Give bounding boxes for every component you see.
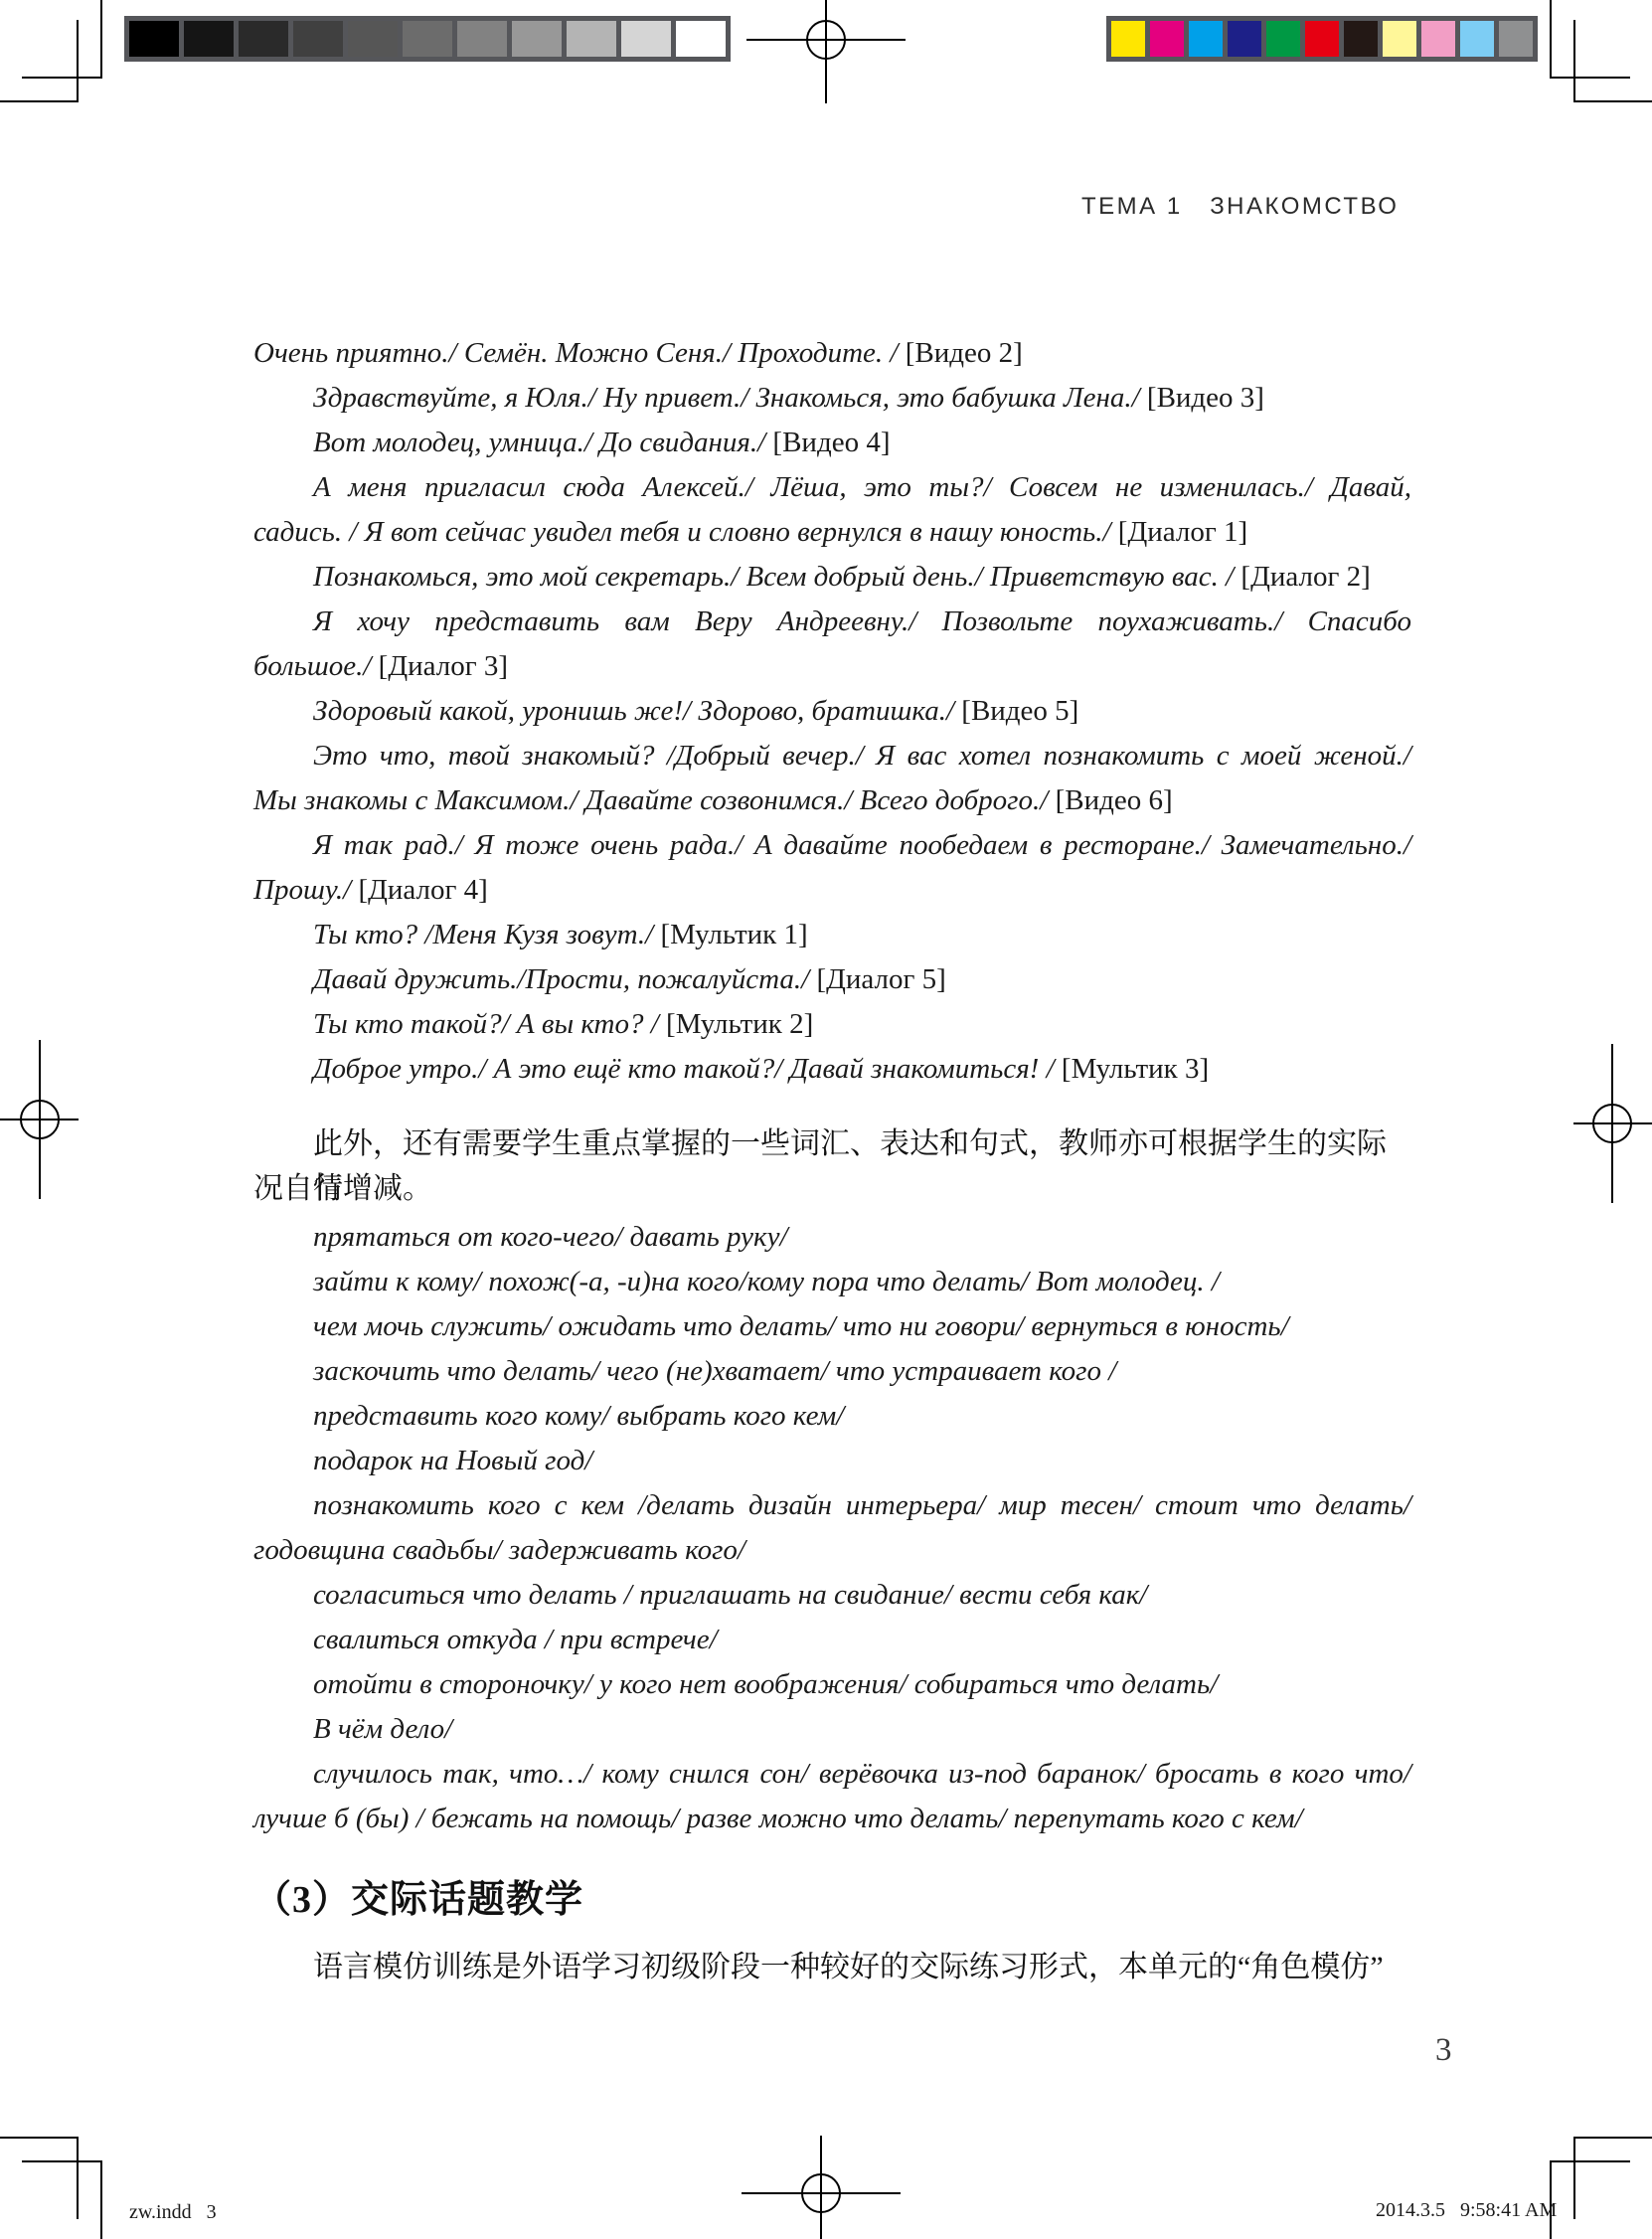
paragraph-line: 况自行增减。	[253, 1166, 1411, 1211]
color-patch	[1228, 21, 1261, 57]
bracket-tag: [Видео 2]	[906, 337, 1023, 369]
color-patch	[1421, 21, 1455, 57]
color-patch	[512, 21, 562, 57]
text-line: Мы знакомы с Максимом./ Давайте созвоним…	[253, 778, 1411, 823]
line-text: Познакомься, это мой секретарь./ Всем до…	[313, 561, 1234, 593]
text-line: садись. / Я вот сейчас увидел тебя и сло…	[253, 510, 1411, 555]
text-line: Я так рад./ Я тоже очень рада./ А давайт…	[253, 823, 1411, 868]
color-patch	[129, 21, 179, 57]
slug-filename: zw.indd 3	[129, 2201, 217, 2224]
section-heading: （3）交际话题教学	[253, 1869, 1411, 1931]
russian-vocabulary-lines: прятаться от кого-чего/ давать руку/зайт…	[253, 1215, 1411, 1841]
book-page: ТЕМА 1 ЗНАКОМСТВО Очень приятно./ Семён.…	[0, 0, 1652, 2239]
bracket-tag: [Видео 3]	[1147, 382, 1264, 414]
color-patch	[1150, 21, 1184, 57]
bracket-tag: [Видео 4]	[772, 427, 890, 458]
line-text: Давай дружить./Прости, пожалуйста./	[313, 963, 809, 995]
text-line: лучше б (бы) / бежать на помощь/ разве м…	[253, 1797, 1411, 1841]
line-text: Здоровый какой, уронишь же!/ Здорово, бр…	[313, 695, 954, 727]
bracket-tag: [Диалог 2]	[1240, 561, 1370, 593]
chinese-paragraph-2: 语言模仿训练是外语学习初级阶段一种较好的交际练习形式，本单元的“角色模仿”	[253, 1945, 1411, 1989]
text-line: годовщина свадьбы/ задерживать кого/	[253, 1528, 1411, 1573]
line-text: лучше б (бы) / бежать на помощь/ разве м…	[253, 1803, 1303, 1834]
paragraph-line: 此外，还有需要学生重点掌握的一些词汇、表达和句式，教师亦可根据学生的实际情	[253, 1121, 1411, 1166]
color-patch	[1266, 21, 1300, 57]
bracket-tag: [Диалог 3]	[379, 650, 508, 682]
line-text: Здравствуйте, я Юля./ Ну привет./ Знаком…	[313, 382, 1140, 414]
text-line: Здоровый какой, уронишь же!/ Здорово, бр…	[253, 689, 1411, 734]
color-patch	[1499, 21, 1533, 57]
line-text: Я хочу представить вам Веру Андреевну./ …	[313, 605, 1411, 637]
text-line: чем мочь служить/ ожидать что делать/ чт…	[253, 1304, 1411, 1349]
color-patch	[293, 21, 343, 57]
bracket-tag: [Диалог 4]	[358, 874, 487, 906]
text-line: Здравствуйте, я Юля./ Ну привет./ Знаком…	[253, 376, 1411, 421]
text-line: зайти к кому/ похож(-а, -и)на кого/кому …	[253, 1260, 1411, 1304]
text-line: Прошу./ [Диалог 4]	[253, 868, 1411, 913]
russian-dialogue-lines: Очень приятно./ Семён. Можно Сеня./ Прох…	[253, 331, 1411, 1092]
color-patch	[403, 21, 452, 57]
line-text: Доброе утро./ А это ещё кто такой?/ Дава…	[313, 1053, 1055, 1085]
grayscale-calibration-bar	[124, 16, 731, 62]
line-text: Мы знакомы с Максимом./ Давайте созвоним…	[253, 784, 1048, 816]
color-patch	[1189, 21, 1223, 57]
text-line: Давай дружить./Прости, пожалуйста./ [Диа…	[253, 957, 1411, 1002]
text-line: Познакомься, это мой секретарь./ Всем до…	[253, 555, 1411, 600]
line-text: прятаться от кого-чего/ давать руку/	[313, 1221, 788, 1253]
line-text: В чём дело/	[313, 1713, 452, 1745]
line-text: садись. / Я вот сейчас увидел тебя и сло…	[253, 516, 1111, 548]
color-patch	[1383, 21, 1416, 57]
color-patch	[1460, 21, 1494, 57]
text-line: представить кого кому/ выбрать кого кем/	[253, 1394, 1411, 1439]
text-line: отойти в стороночку/ у кого нет воображе…	[253, 1662, 1411, 1707]
line-text: Вот молодец, умница./ До свидания./	[313, 427, 765, 458]
bracket-tag: [Диалог 5]	[816, 963, 945, 995]
color-patch	[1344, 21, 1378, 57]
slug-timestamp: 2014.3.5 9:58:41 AM	[1376, 2199, 1557, 2222]
text-line: Я хочу представить вам Веру Андреевну./ …	[253, 600, 1411, 644]
line-text: подарок на Новый год/	[313, 1445, 592, 1476]
color-patch	[1305, 21, 1339, 57]
running-head: ТЕМА 1 ЗНАКОМСТВО	[1081, 193, 1399, 221]
color-patch	[239, 21, 288, 57]
color-patch	[184, 21, 234, 57]
text-line: согласиться что делать / приглашать на с…	[253, 1573, 1411, 1618]
line-text: Очень приятно./ Семён. Можно Сеня./ Прох…	[253, 337, 898, 369]
bracket-tag: [Видео 5]	[961, 695, 1078, 727]
text-line: большое./ [Диалог 3]	[253, 644, 1411, 689]
text-line: Доброе утро./ А это ещё кто такой?/ Дава…	[253, 1047, 1411, 1092]
line-text: Это что, твой знакомый? /Добрый вечер./ …	[313, 740, 1411, 772]
line-text: годовщина свадьбы/ задерживать кого/	[253, 1534, 745, 1566]
line-text: Прошу./	[253, 874, 351, 906]
text-line: прятаться от кого-чего/ давать руку/	[253, 1215, 1411, 1260]
text-line: случилось так, что…/ кому снился сон/ ве…	[253, 1752, 1411, 1797]
line-text: свалиться откуда / при встрече/	[313, 1624, 718, 1655]
line-text: Я так рад./ Я тоже очень рада./ А давайт…	[313, 829, 1411, 861]
text-line: Это что, твой знакомый? /Добрый вечер./ …	[253, 734, 1411, 778]
line-text: заскочить что делать/ чего (не)хватает/ …	[313, 1355, 1116, 1387]
bracket-tag: [Диалог 1]	[1118, 516, 1247, 548]
text-column: Очень приятно./ Семён. Можно Сеня./ Прох…	[253, 331, 1411, 1989]
color-patch	[457, 21, 507, 57]
color-patch	[567, 21, 616, 57]
text-line: заскочить что делать/ чего (не)хватает/ …	[253, 1349, 1411, 1394]
line-text: отойти в стороночку/ у кого нет воображе…	[313, 1668, 1218, 1700]
text-line: А меня пригласил сюда Алексей./ Лёша, эт…	[253, 465, 1411, 510]
bracket-tag: [Мультик 3]	[1062, 1053, 1209, 1085]
line-text: представить кого кому/ выбрать кого кем/	[313, 1400, 844, 1432]
text-line: Вот молодец, умница./ До свидания./ [Вид…	[253, 421, 1411, 465]
line-text: согласиться что делать / приглашать на с…	[313, 1579, 1147, 1611]
text-line: Ты кто такой?/ А вы кто? / [Мультик 2]	[253, 1002, 1411, 1047]
text-line: Очень приятно./ Семён. Можно Сеня./ Прох…	[253, 331, 1411, 376]
line-text: Ты кто такой?/ А вы кто? /	[313, 1008, 659, 1040]
line-text: Ты кто? /Меня Кузя зовут./	[313, 919, 653, 950]
text-line: познакомить кого с кем /делать дизайн ин…	[253, 1483, 1411, 1528]
text-line: Ты кто? /Меня Кузя зовут./ [Мультик 1]	[253, 913, 1411, 957]
page-number: 3	[1435, 2032, 1452, 2069]
text-line: В чём дело/	[253, 1707, 1411, 1752]
line-text: зайти к кому/ похож(-а, -и)на кого/кому …	[313, 1266, 1220, 1297]
bracket-tag: [Мультик 2]	[666, 1008, 813, 1040]
color-patch	[1111, 21, 1145, 57]
color-patch	[348, 21, 398, 57]
line-text: большое./	[253, 650, 371, 682]
bracket-tag: [Мультик 1]	[660, 919, 807, 950]
line-text: чем мочь служить/ ожидать что делать/ чт…	[313, 1310, 1289, 1342]
text-line: свалиться откуда / при встрече/	[253, 1618, 1411, 1662]
line-text: случилось так, что…/ кому снился сон/ ве…	[313, 1758, 1411, 1790]
bracket-tag: [Видео 6]	[1056, 784, 1173, 816]
color-calibration-bar	[1106, 16, 1538, 62]
text-line: подарок на Новый год/	[253, 1439, 1411, 1483]
chinese-paragraph-1: 此外，还有需要学生重点掌握的一些词汇、表达和句式，教师亦可根据学生的实际情 况自…	[253, 1121, 1411, 1211]
line-text: А меня пригласил сюда Алексей./ Лёша, эт…	[313, 471, 1411, 503]
line-text: познакомить кого с кем /делать дизайн ин…	[313, 1489, 1411, 1521]
color-patch	[621, 21, 671, 57]
color-patch	[676, 21, 726, 57]
